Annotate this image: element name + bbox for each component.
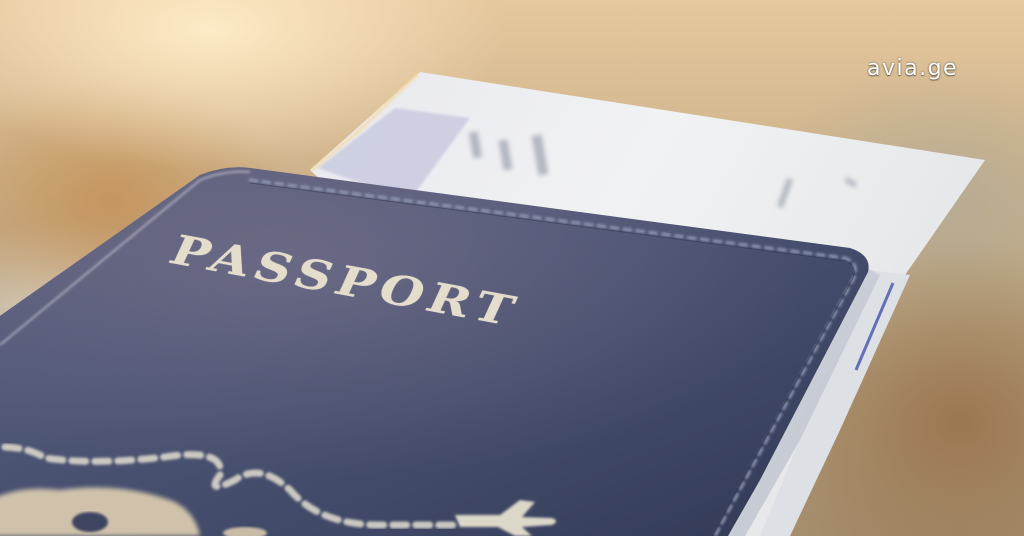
photo-scene: PASSPORT avia.ge [0,0,1024,536]
watermark-logo: avia.ge [867,56,958,81]
